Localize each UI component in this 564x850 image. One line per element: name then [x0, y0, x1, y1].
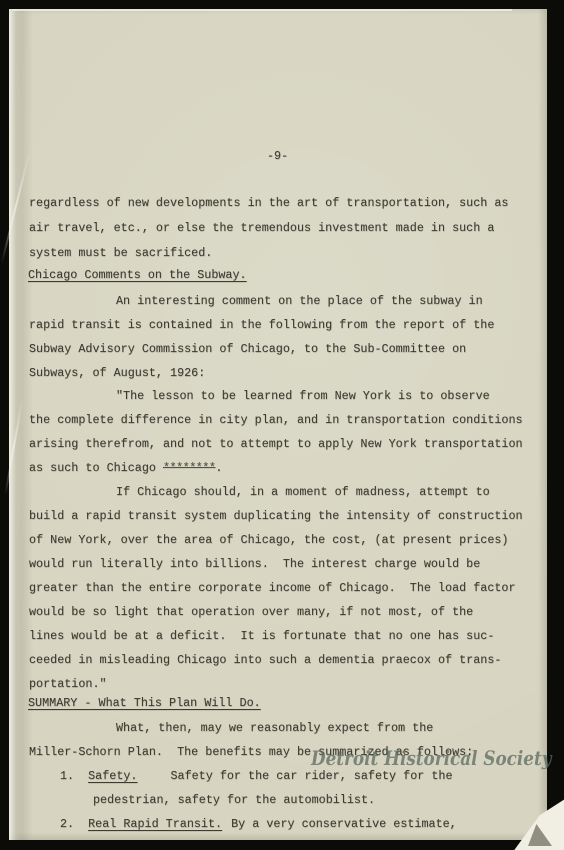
text-line: would run literally into billions. The i… — [29, 557, 480, 571]
text-segment: . — [215, 461, 222, 475]
heading-summary: SUMMARY - What This Plan Will Do. — [28, 696, 261, 710]
list-item-2: 2.Real Rapid Transit.By a very conservat… — [60, 817, 457, 831]
list-item-number: 2. — [60, 817, 74, 831]
text-line: Subway Advisory Commission of Chicago, t… — [29, 342, 466, 356]
text-line: What, then, may we reasonably expect fro… — [116, 721, 433, 735]
text-line: ceeded in misleading Chicago into such a… — [29, 653, 501, 667]
right-edge — [547, 0, 564, 850]
top-edge — [0, 0, 564, 9]
list-item-label: Real Rapid Transit. — [88, 817, 222, 831]
list-item-text: By a very conservative estimate, — [231, 817, 457, 831]
text-line: arising therefrom, and not to attempt to… — [29, 437, 523, 451]
text-line: the complete difference in city plan, an… — [29, 413, 523, 427]
struck-out-text: ******** — [163, 461, 215, 475]
left-edge — [0, 0, 9, 850]
text-line: greater than the entire corporate income… — [29, 581, 516, 595]
page-number: -9- — [267, 149, 288, 163]
bottom-edge — [0, 840, 564, 850]
text-line: system must be sacrificed. — [29, 246, 212, 260]
text-line: An interesting comment on the place of t… — [116, 294, 483, 308]
list-item-label: Safety. — [88, 769, 137, 783]
text-line: regardless of new developments in the ar… — [29, 196, 508, 210]
text-line: build a rapid transit system duplicating… — [29, 509, 523, 523]
paper-top-highlight — [12, 9, 512, 11]
text-line: of New York, over the area of Chicago, t… — [29, 533, 508, 547]
text-line: lines would be at a deficit. It is fortu… — [29, 629, 494, 643]
text-line: "The lesson to be learned from New York … — [116, 389, 490, 403]
text-line: Subways, of August, 1926: — [29, 366, 205, 380]
watermark: Detroit Historical Society — [311, 746, 551, 770]
heading-chicago-comments: Chicago Comments on the Subway. — [28, 268, 247, 282]
list-item-1: 1.Safety.Safety for the car rider, safet… — [60, 769, 453, 783]
scanned-document-page: -9- regardless of new developments in th… — [0, 0, 564, 850]
text-line: air travel, etc., or else the tremendous… — [29, 221, 494, 235]
list-item-number: 1. — [60, 769, 74, 783]
list-item-text: Safety for the car rider, safety for the — [170, 769, 452, 783]
text-segment: as such to Chicago — [29, 461, 163, 475]
list-item-1-continued: pedestrian, safety for the automobilist. — [93, 793, 375, 807]
text-line: If Chicago should, in a moment of madnes… — [116, 485, 490, 499]
text-line: rapid transit is contained in the follow… — [29, 318, 494, 332]
text-line: would be so light that operation over ma… — [29, 605, 473, 619]
text-line-with-strikeout: as such to Chicago ********. — [29, 461, 222, 475]
text-line: portation." — [29, 677, 107, 691]
torn-corner — [510, 794, 564, 850]
